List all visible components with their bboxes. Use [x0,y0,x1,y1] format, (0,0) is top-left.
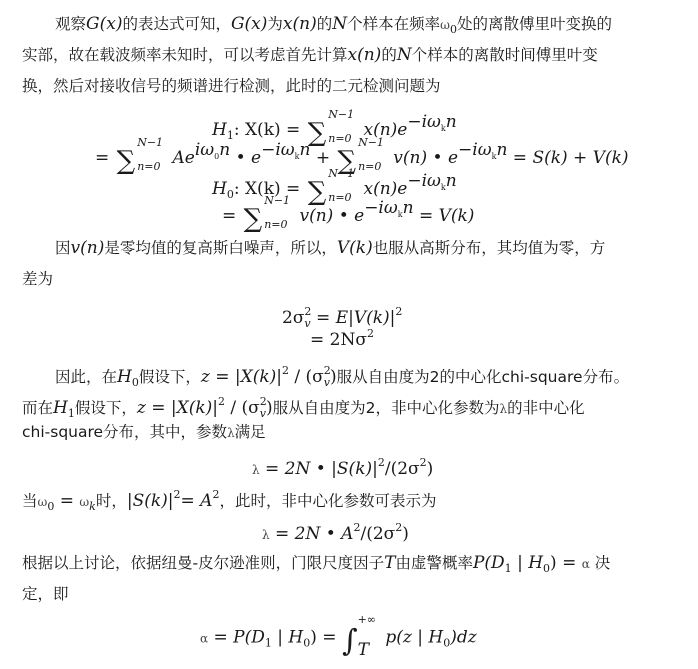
eq-lambda-1: λ = 2N • |S(k)|2/(2σ2) [252,452,433,481]
p3-line2: 而在H1假设下，z = |X(k)|2 / (σ2v)服从自由度为2，非中心化参… [22,392,585,424]
text: 为 [267,15,283,33]
text: 定，即 [22,585,69,603]
eq-text: = P(D [208,628,265,648]
eq-text: = [95,148,115,168]
text: 服从自由度为2，非中心化参数为 [273,399,500,417]
text: 服从自由度为2的中心化chi-square分布。 [337,368,629,386]
math-xn: x(n) [283,14,317,34]
text: 假设下， [139,368,201,386]
text: 根据以上讨论，依据纽曼-皮尔逊准则，门限尺度因子 [22,554,384,572]
eq-text: v(n) • e [388,148,458,168]
sum-limits: N−1n=0 [358,147,384,171]
eq-text: )dz [450,628,476,648]
math-Gx: G(x) [86,14,122,34]
p3-line1: 因此，在H0假设下，z = |X(k)|2 / (σ2v)服从自由度为2的中心化… [55,361,629,393]
math-xn: x(n) [348,45,382,65]
eq-text: = 2Nσ [310,330,367,350]
text: 观察 [55,15,86,33]
math-lambda: λ [500,402,508,416]
eq-h0-line2: = ∑N−1n=0 v(n) • e−iωkn = V(k) [222,197,474,230]
eq-text: /(2σ [360,524,395,544]
text: 时， [96,492,127,510]
math-Gx: G(x) [231,14,267,34]
math-P: ) = [550,553,582,573]
eq-text: α [200,632,208,646]
math-H0: H [117,367,132,387]
text: 而在 [22,399,53,417]
eq-text: p(z | H [380,628,443,648]
math-omega: ω [440,18,450,32]
eq-text: : X(k) = [234,120,306,140]
text: chi-square分布，其中，参数 [22,423,227,441]
p4-line1: 当ω0 = ωk时，|S(k)|2= A2，此时，非中心化参数可表示为 [22,485,436,517]
text: 处的离散傅里叶变换的 [457,15,612,33]
math-sigma: (σ [306,367,324,387]
sum-icon: ∑ [244,208,263,230]
math-A: = A [181,491,213,511]
eq-text: 2σ [282,308,304,328]
sum-limits: N−1n=0 [137,147,163,171]
text: 假设下， [75,399,137,417]
text: 决 [595,554,611,572]
math-lambda: λ [227,426,235,440]
eq-text: | H [272,628,303,648]
math-P: P(D [473,553,505,573]
eq-text: = V(k) [414,206,475,226]
eq-text: + [310,148,335,168]
eq-text: λ [252,463,260,477]
text: 的 [317,15,333,33]
integral-limits: +∞T [358,626,376,650]
math-z: z = |X(k)| [201,367,282,387]
p5-line2: 定，即 [22,584,69,604]
p3-line3: chi-square分布，其中，参数λ满足 [22,422,266,443]
eq-text: = S(k) + V(k) [507,148,628,168]
eq-variance-line2: = 2Nσ2 [310,323,374,351]
text: 是零均值的复高斯白噪声，所以， [104,239,337,257]
eq-text: = 2N • A [270,524,354,544]
sum-limits: N−1n=0 [264,205,290,229]
integral-icon: ∫ [342,624,358,659]
text: 由虚警概率 [395,554,473,572]
sum-icon: ∑ [117,150,136,172]
text: 因 [55,239,71,257]
math-H1: H [212,120,227,140]
text: 也服从高斯分布，其均值为零，方 [373,239,606,257]
p2-line2: 差为 [22,269,53,289]
math-S: |S(k)| [127,491,174,511]
text: 的 [381,46,397,64]
text: ，此时，非中心化参数可表示为 [219,492,436,510]
text: 个样本的离散时间傅里叶变 [412,46,598,64]
math-N: N [332,14,347,34]
eq-text: x(n)e [358,179,407,199]
math-T: T [384,553,395,573]
p1-line3: 换，然后对接收信号的频谱进行检测，此时的二元检测问题为 [22,76,441,96]
eq-text: • e [230,148,261,168]
eq-text: /(2σ [385,459,420,479]
eq-lambda-2: λ = 2N • A2/(2σ2) [262,517,409,546]
eq-text: λ [262,528,270,542]
math-sigma: (σ [242,398,260,418]
eq-text: = 2N • |S(k)| [260,459,378,479]
eq-text: = [222,206,242,226]
math-P: | H [512,553,543,573]
text: 满足 [235,423,266,441]
p1-line1: 观察G(x)的表达式可知，G(x)为x(n)的N个样本在频率ω0处的离散傅里叶变… [55,14,612,40]
math-alpha: α [582,557,590,571]
text: 个样本在频率 [347,15,440,33]
p5-line1: 根据以上讨论，依据纽曼-皮尔逊准则，门限尺度因子T由虚警概率P(D1 | H0)… [22,553,610,579]
math-z: z = |X(k)| [137,398,218,418]
eq-alpha-integral: α = P(D1 | H0) = ∫+∞T p(z | H0)dz [200,626,477,655]
eq-h1-line2: = ∑N−1n=0 Aeiω0n • e−iωkn + ∑N−1n=0 v(n)… [95,139,629,172]
text: 差为 [22,270,53,288]
math-Vk: V(k) [337,238,373,258]
p2-line1: 因v(n)是零均值的复高斯白噪声，所以，V(k)也服从高斯分布，其均值为零，方 [55,238,605,258]
math-H1: H [53,398,68,418]
eq-text: ) = [310,628,342,648]
math-H0: H [212,179,227,199]
text: 换，然后对接收信号的频谱进行检测，此时的二元检测问题为 [22,77,441,95]
math-N: N [397,45,412,65]
eq-text: Ae [167,148,195,168]
text: 当 [22,492,38,510]
p1-line2: 实部，故在载波频率未知时，可以考虑首先计算x(n)的N个样本的离散时间傅里叶变 [22,45,598,65]
text: 因此，在 [55,368,117,386]
eq-text: v(n) • e [294,206,364,226]
math-vn: v(n) [71,238,105,258]
text: 的非中心化 [507,399,585,417]
text: 实部，故在载波频率未知时，可以考虑首先计算 [22,46,348,64]
text: 的表达式可知， [122,15,231,33]
